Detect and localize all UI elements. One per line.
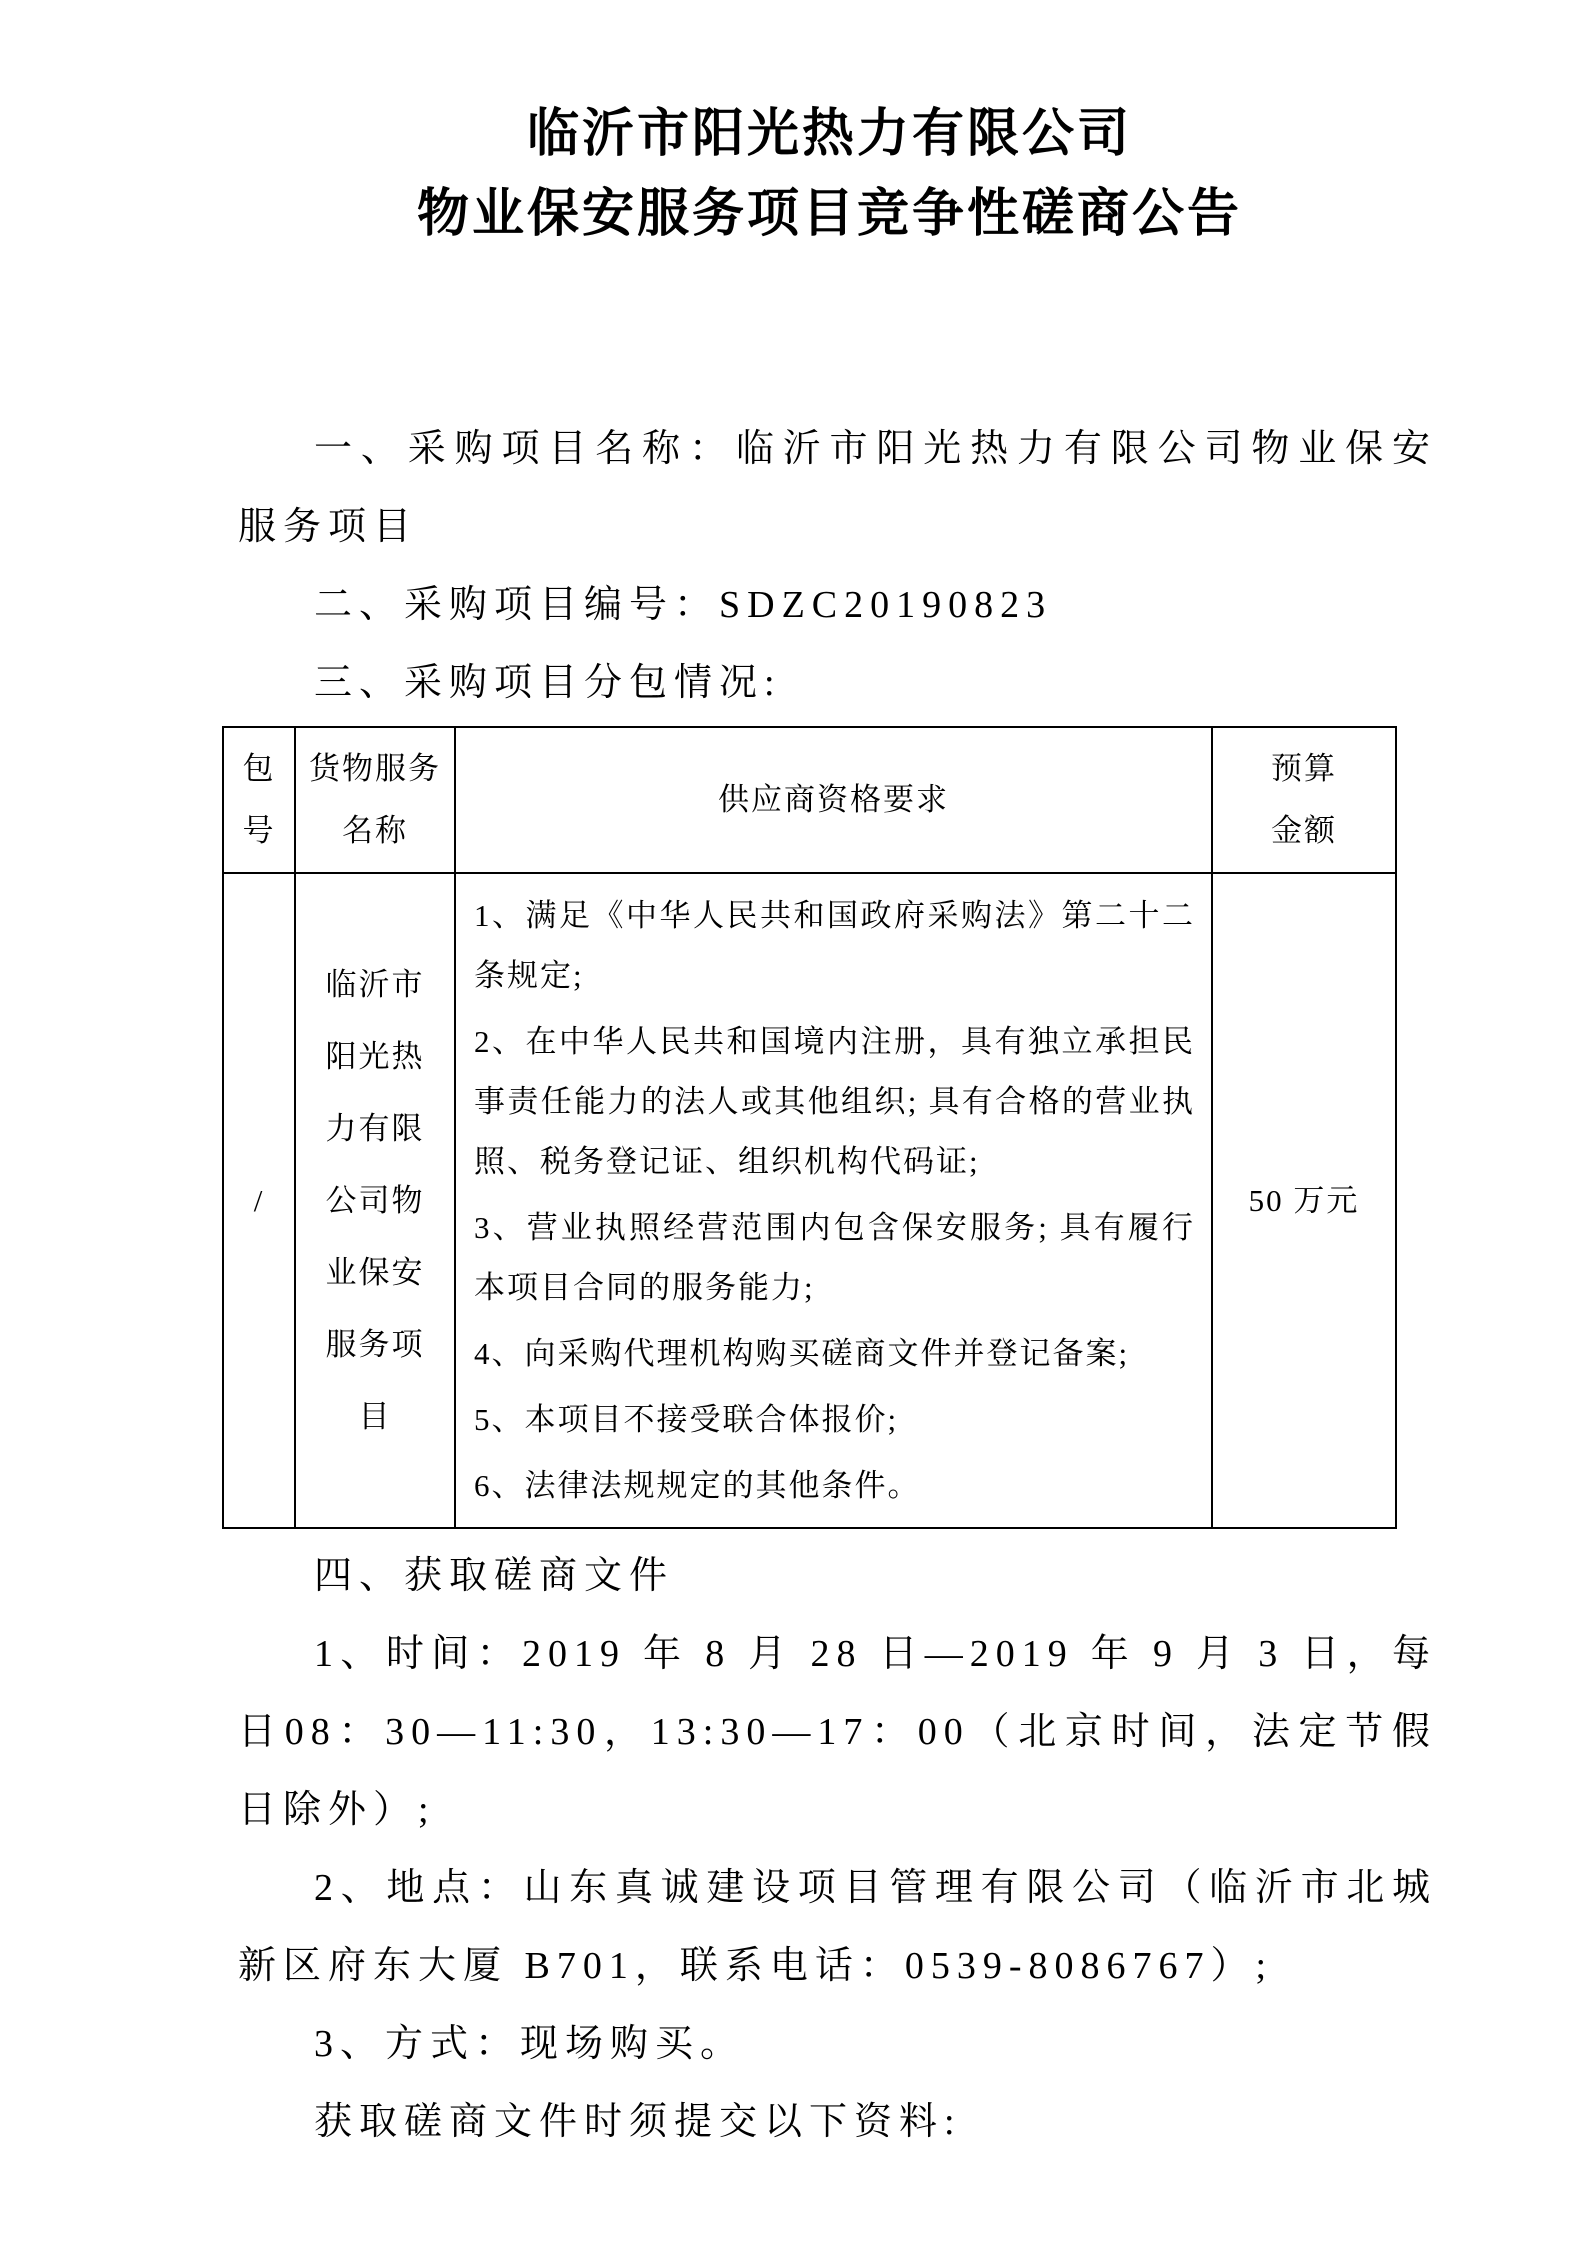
- document-title: 临沂市阳光热力有限公司 物业保安服务项目竞争性磋商公告: [222, 95, 1437, 255]
- cell-budget: 50 万元: [1212, 873, 1396, 1528]
- document-page: 临沂市阳光热力有限公司 物业保安服务项目竞争性磋商公告 一、采购项目名称：临沂市…: [0, 0, 1587, 2245]
- header-supplier-requirements: 供应商资格要求: [455, 727, 1212, 873]
- cell-service-name: 临沂市阳光热力有限公司物业保安服务项目: [295, 873, 455, 1528]
- requirement-item-4: 4、向采购代理机构购买磋商文件并登记备案;: [474, 1324, 1195, 1384]
- paragraph-obtain-time: 1、时间：2019 年 8 月 28 日—2019 年 9 月 3 日，每日08…: [238, 1615, 1437, 1849]
- document-title-line2: 物业保安服务项目竞争性磋商公告: [222, 175, 1437, 255]
- document-body: 一、采购项目名称：临沂市阳光热力有限公司物业保安服务项目 二、采购项目编号：SD…: [222, 410, 1437, 2161]
- requirement-item-1: 1、满足《中华人民共和国政府采购法》第二十二条规定;: [474, 886, 1195, 1006]
- paragraph-obtain-location: 2、地点：山东真诚建设项目管理有限公司（临沂市北城新区府东大厦 B701，联系电…: [238, 1849, 1437, 2005]
- after-table-section: 四、获取磋商文件 1、时间：2019 年 8 月 28 日—2019 年 9 月…: [222, 1537, 1437, 2161]
- cell-supplier-requirements: 1、满足《中华人民共和国政府采购法》第二十二条规定; 2、在中华人民共和国境内注…: [455, 873, 1212, 1528]
- requirement-item-6: 6、法律法规规定的其他条件。: [474, 1456, 1195, 1516]
- requirement-item-3: 3、营业执照经营范围内包含保安服务; 具有履行本项目合同的服务能力;: [474, 1198, 1195, 1318]
- header-package-no: 包 号: [223, 727, 295, 873]
- paragraph-obtain-documents-heading: 四、获取磋商文件: [238, 1537, 1437, 1615]
- paragraph-obtain-method: 3、方式：现场购买。: [238, 2005, 1437, 2083]
- header-budget: 预算 金额: [1212, 727, 1396, 873]
- package-table-data-row: / 临沂市阳光热力有限公司物业保安服务项目 1、满足《中华人民共和国政府采购法》…: [223, 873, 1396, 1528]
- paragraph-package-intro: 三、采购项目分包情况:: [238, 644, 1437, 722]
- header-service-name: 货物服务 名称: [295, 727, 455, 873]
- paragraph-required-materials: 获取磋商文件时须提交以下资料:: [238, 2083, 1437, 2161]
- requirement-item-5: 5、本项目不接受联合体报价;: [474, 1390, 1195, 1450]
- cell-package-no: /: [223, 873, 295, 1528]
- document-title-line1: 临沂市阳光热力有限公司: [222, 95, 1437, 175]
- package-table-header-row: 包 号 货物服务 名称 供应商资格要求 预算 金额: [223, 727, 1396, 873]
- package-table: 包 号 货物服务 名称 供应商资格要求 预算 金额 / 临沂市阳光热力有限公司物…: [222, 726, 1397, 1529]
- paragraph-project-number: 二、采购项目编号：SDZC20190823: [238, 566, 1437, 644]
- requirement-item-2: 2、在中华人民共和国境内注册，具有独立承担民事责任能力的法人或其他组织; 具有合…: [474, 1012, 1195, 1192]
- paragraph-project-name: 一、采购项目名称：临沂市阳光热力有限公司物业保安服务项目: [238, 410, 1437, 566]
